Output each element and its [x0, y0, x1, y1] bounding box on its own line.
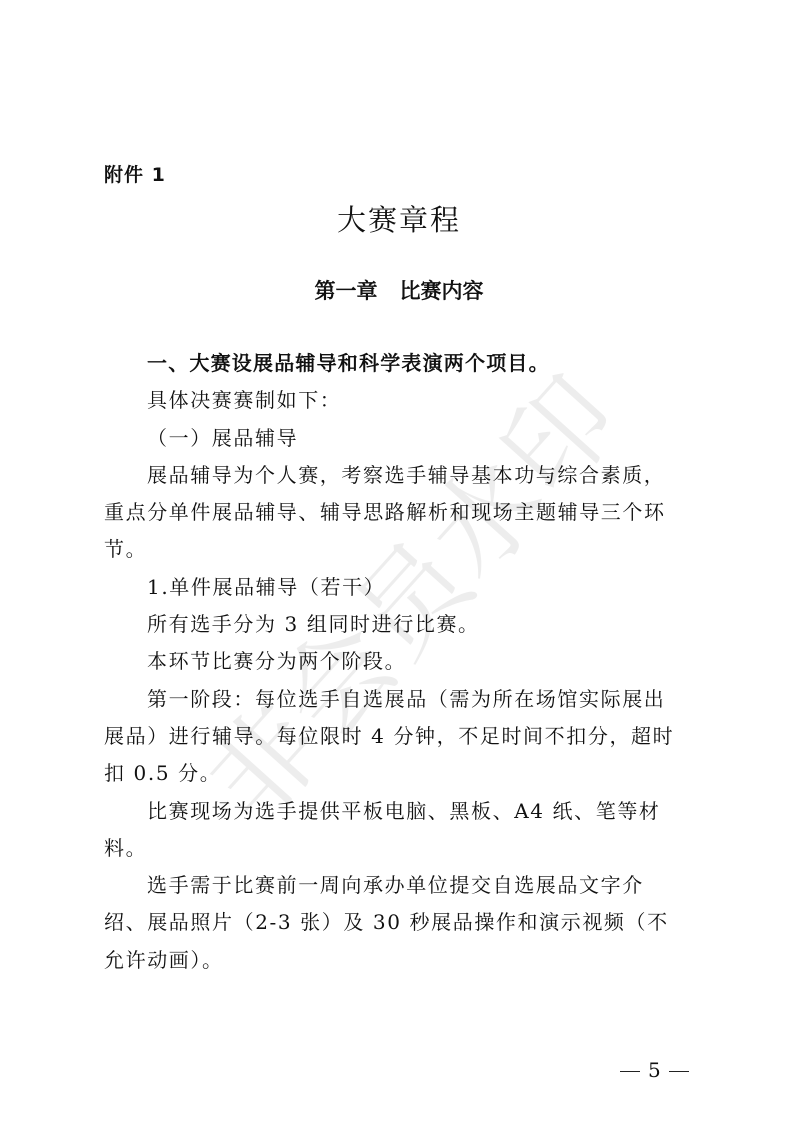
paragraph-line: 展品辅导为个人赛，考察选手辅导基本功与综合素质， [104, 457, 704, 494]
page-number: 5 [640, 1058, 669, 1082]
dash-left [620, 1071, 640, 1073]
paragraph-line: 具体决赛赛制如下： [104, 382, 704, 419]
section-heading: 一、大赛设展品辅导和科学表演两个项目。 [104, 345, 704, 382]
paragraph-line: 选手需于比赛前一周向承办单位提交自选展品文字介 [104, 867, 704, 904]
paragraph-line: 允许动画）。 [104, 942, 704, 979]
paragraph-line: 扣 0.5 分。 [104, 755, 704, 792]
paragraph-line: 所有选手分为 3 组同时进行比赛。 [104, 606, 704, 643]
paragraph-line: 展品）进行辅导。每位限时 4 分钟，不足时间不扣分，超时 [104, 718, 704, 755]
chapter-number: 第一章 [315, 279, 378, 303]
subsection-heading: （一）展品辅导 [104, 420, 704, 457]
chapter-heading: 第一章比赛内容 [0, 275, 794, 305]
paragraph-line: 重点分单件展品辅导、辅导思路解析和现场主题辅导三个环 [104, 494, 704, 531]
paragraph-line: 第一阶段：每位选手自选展品（需为所在场馆实际展出 [104, 681, 704, 718]
paragraph-line: 绍、展品照片（2-3 张）及 30 秒展品操作和演示视频（不 [104, 904, 704, 941]
page-number-footer: 5 [620, 1058, 689, 1082]
paragraph-line: 节。 [104, 531, 704, 568]
document-title: 大赛章程 [0, 198, 794, 239]
chapter-name: 比赛内容 [400, 279, 484, 303]
paragraph-line: 本环节比赛分为两个阶段。 [104, 643, 704, 680]
paragraph-line: 比赛现场为选手提供平板电脑、黑板、A4 纸、笔等材 [104, 793, 704, 830]
item-heading: 1.单件展品辅导（若干） [104, 569, 704, 606]
dash-right [669, 1071, 689, 1073]
document-body: 一、大赛设展品辅导和科学表演两个项目。 具体决赛赛制如下： （一）展品辅导 展品… [104, 345, 704, 979]
document-page: 非会员水印 附件 1 大赛章程 第一章比赛内容 一、大赛设展品辅导和科学表演两个… [0, 0, 794, 1122]
paragraph-line: 料。 [104, 830, 704, 867]
annex-label: 附件 1 [104, 160, 166, 187]
